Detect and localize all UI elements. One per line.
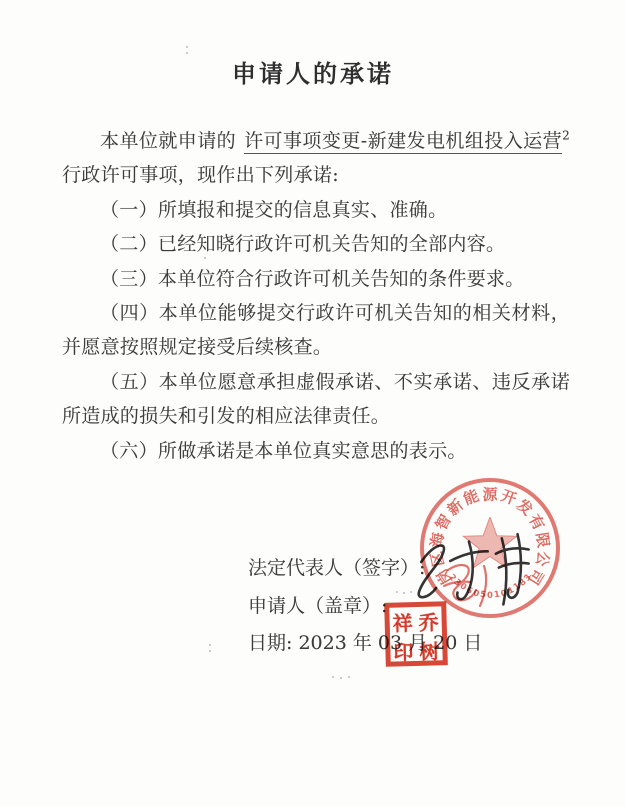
permit-item-underlined: 许可事项变更-新建发电机组投入运营 [244,130,562,154]
commitment-item: （五）本单位愿意承担虚假承诺、不实承诺、违反承诺所造成的损失和引发的相应法律责任… [62,365,570,434]
scan-speck [348,676,350,678]
scanned-document-page: 申请人的承诺 本单位就申请的许可事项变更-新建发电机组投入运营2行政许可事项，现… [0,0,626,806]
seal-arc-char: 源 [482,484,497,505]
commitment-item: （四）本单位能够提交行政许可机关告知的相关材料，并愿意按照规定接受后续核查。 [62,296,570,365]
name-seal-char: 树 [419,635,440,665]
scan-speck [186,46,188,48]
commitment-item: （三）本单位符合行政许可机关告知的条件要求。 [62,262,570,296]
scan-speck [340,677,342,679]
commitment-item: （一）所填报和提交的信息真实、准确。 [62,193,570,227]
intro-paragraph: 本单位就申请的许可事项变更-新建发电机组投入运营2行政许可事项，现作出下列承诺: [62,124,570,193]
scan-speck [209,650,211,652]
document-body: 本单位就申请的许可事项变更-新建发电机组投入运营2行政许可事项，现作出下列承诺:… [62,124,570,468]
scan-speck [186,52,188,54]
name-seal-char: 印 [393,636,414,666]
handwritten-signature [401,523,557,619]
scan-speck [204,257,206,259]
scan-speck [209,644,211,646]
commitment-item: （二）已经知晓行政许可机关告知的全部内容。 [62,227,570,261]
intro-suffix: 行政许可事项，现作出下列承诺: [62,164,339,186]
commitment-item: （六）所做承诺是本单位真实意思的表示。 [62,434,570,468]
scan-speck [332,676,334,678]
footnote-mark: 2 [562,129,570,143]
page-title: 申请人的承诺 [0,54,626,89]
intro-prefix: 本单位就申请的 [100,130,236,152]
